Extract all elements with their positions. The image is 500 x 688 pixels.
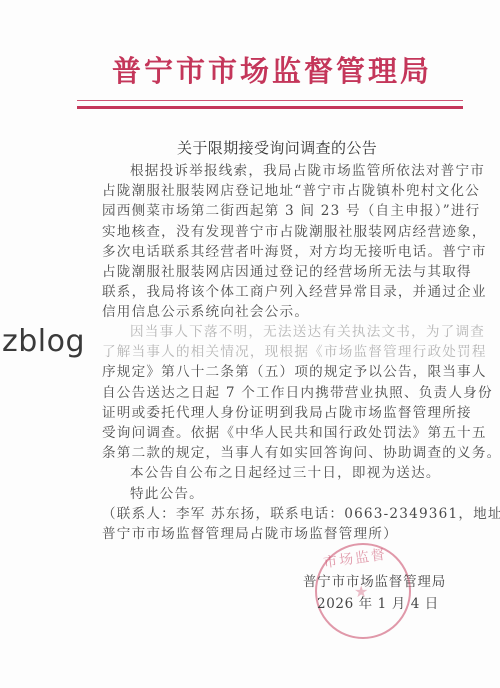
paragraph-line: 根据投诉举报线索，我局占陇市场监管所依法对普宁市	[102, 161, 442, 181]
paragraph-line: 自公告送达之日起 7 个工作日内携带营业执照、负责人身份	[102, 383, 442, 403]
notice-document: 普宁市市场监督管理局 关于限期接受询问调查的公告 根据投诉举报线索，我局占陇市场…	[0, 0, 500, 688]
paragraph-line: 园西侧菜市场第二街西起第 3 间 23 号（自主申报）”进行	[102, 201, 442, 221]
zblog-watermark: zblog	[2, 322, 85, 362]
paragraph-line: 信用信息公示系统向社会公示。	[102, 302, 442, 322]
paragraph-line: 因当事人下落不明，无法送达有关执法文书，为了调查	[102, 322, 442, 342]
paragraph-line: 条第二款的规定，当事人有如实回答询问、协助调查的义务。	[102, 443, 442, 463]
paragraph-line: 序规定》第八十二条第（五）项的规定予以公告，限当事人	[102, 362, 442, 382]
paragraph-line: 占陇潮服社服装网店登记地址“普宁市占陇镇朴兜村文化公	[102, 181, 442, 201]
paragraph-line: 多次电话联系其经营者叶海贤，对方均无接听电话。普宁市	[102, 242, 442, 262]
agency-header: 普宁市市场监督管理局	[112, 52, 428, 90]
closing-line: 特此公告。	[102, 484, 442, 504]
header-rule-thin	[77, 100, 463, 101]
paragraph-deemed-served: 本公告自公布之日起经过三十日，即视为送达。	[102, 463, 442, 483]
paragraph-notice: 因当事人下落不明，无法送达有关执法文书，为了调查 了解当事人的相关情况，现根据《…	[102, 322, 442, 544]
notice-title: 关于限期接受询问调查的公告	[177, 138, 377, 158]
contact-line: （联系人：李军 苏东扬，联系电话：0663-2349361，地址：	[102, 504, 442, 524]
paragraph-line: 联系，我局将该个体工商户列入经营异常目录，并通过企业	[102, 282, 442, 302]
contact-line: 普宁市市场监督管理局占陇市场监督管理所）	[102, 524, 442, 544]
paragraph-line: 了解当事人的相关情况，现根据《市场监督管理行政处罚程	[102, 342, 442, 362]
header-rule-thick	[77, 106, 463, 109]
paragraph-line: 实地核查，没有发现普宁市占陇潮服社服装网店经营迹象，	[102, 222, 442, 242]
paragraph-line: 占陇潮服社服装网店因通过登记的经营场所无法与其取得	[102, 262, 442, 282]
paragraph-findings: 根据投诉举报线索，我局占陇市场监管所依法对普宁市 占陇潮服社服装网店登记地址“普…	[102, 161, 442, 323]
paragraph-line: 受询问调查。依据《中华人民共和国行政处罚法》第五十五	[102, 423, 442, 443]
paragraph-line: 证明或委托代理人身份证明到我局占陇市场监督管理所接	[102, 403, 442, 423]
signature-agency: 普宁市市场监督管理局	[303, 572, 446, 592]
issue-date: 2026 年 1 月 4 日	[317, 594, 439, 614]
